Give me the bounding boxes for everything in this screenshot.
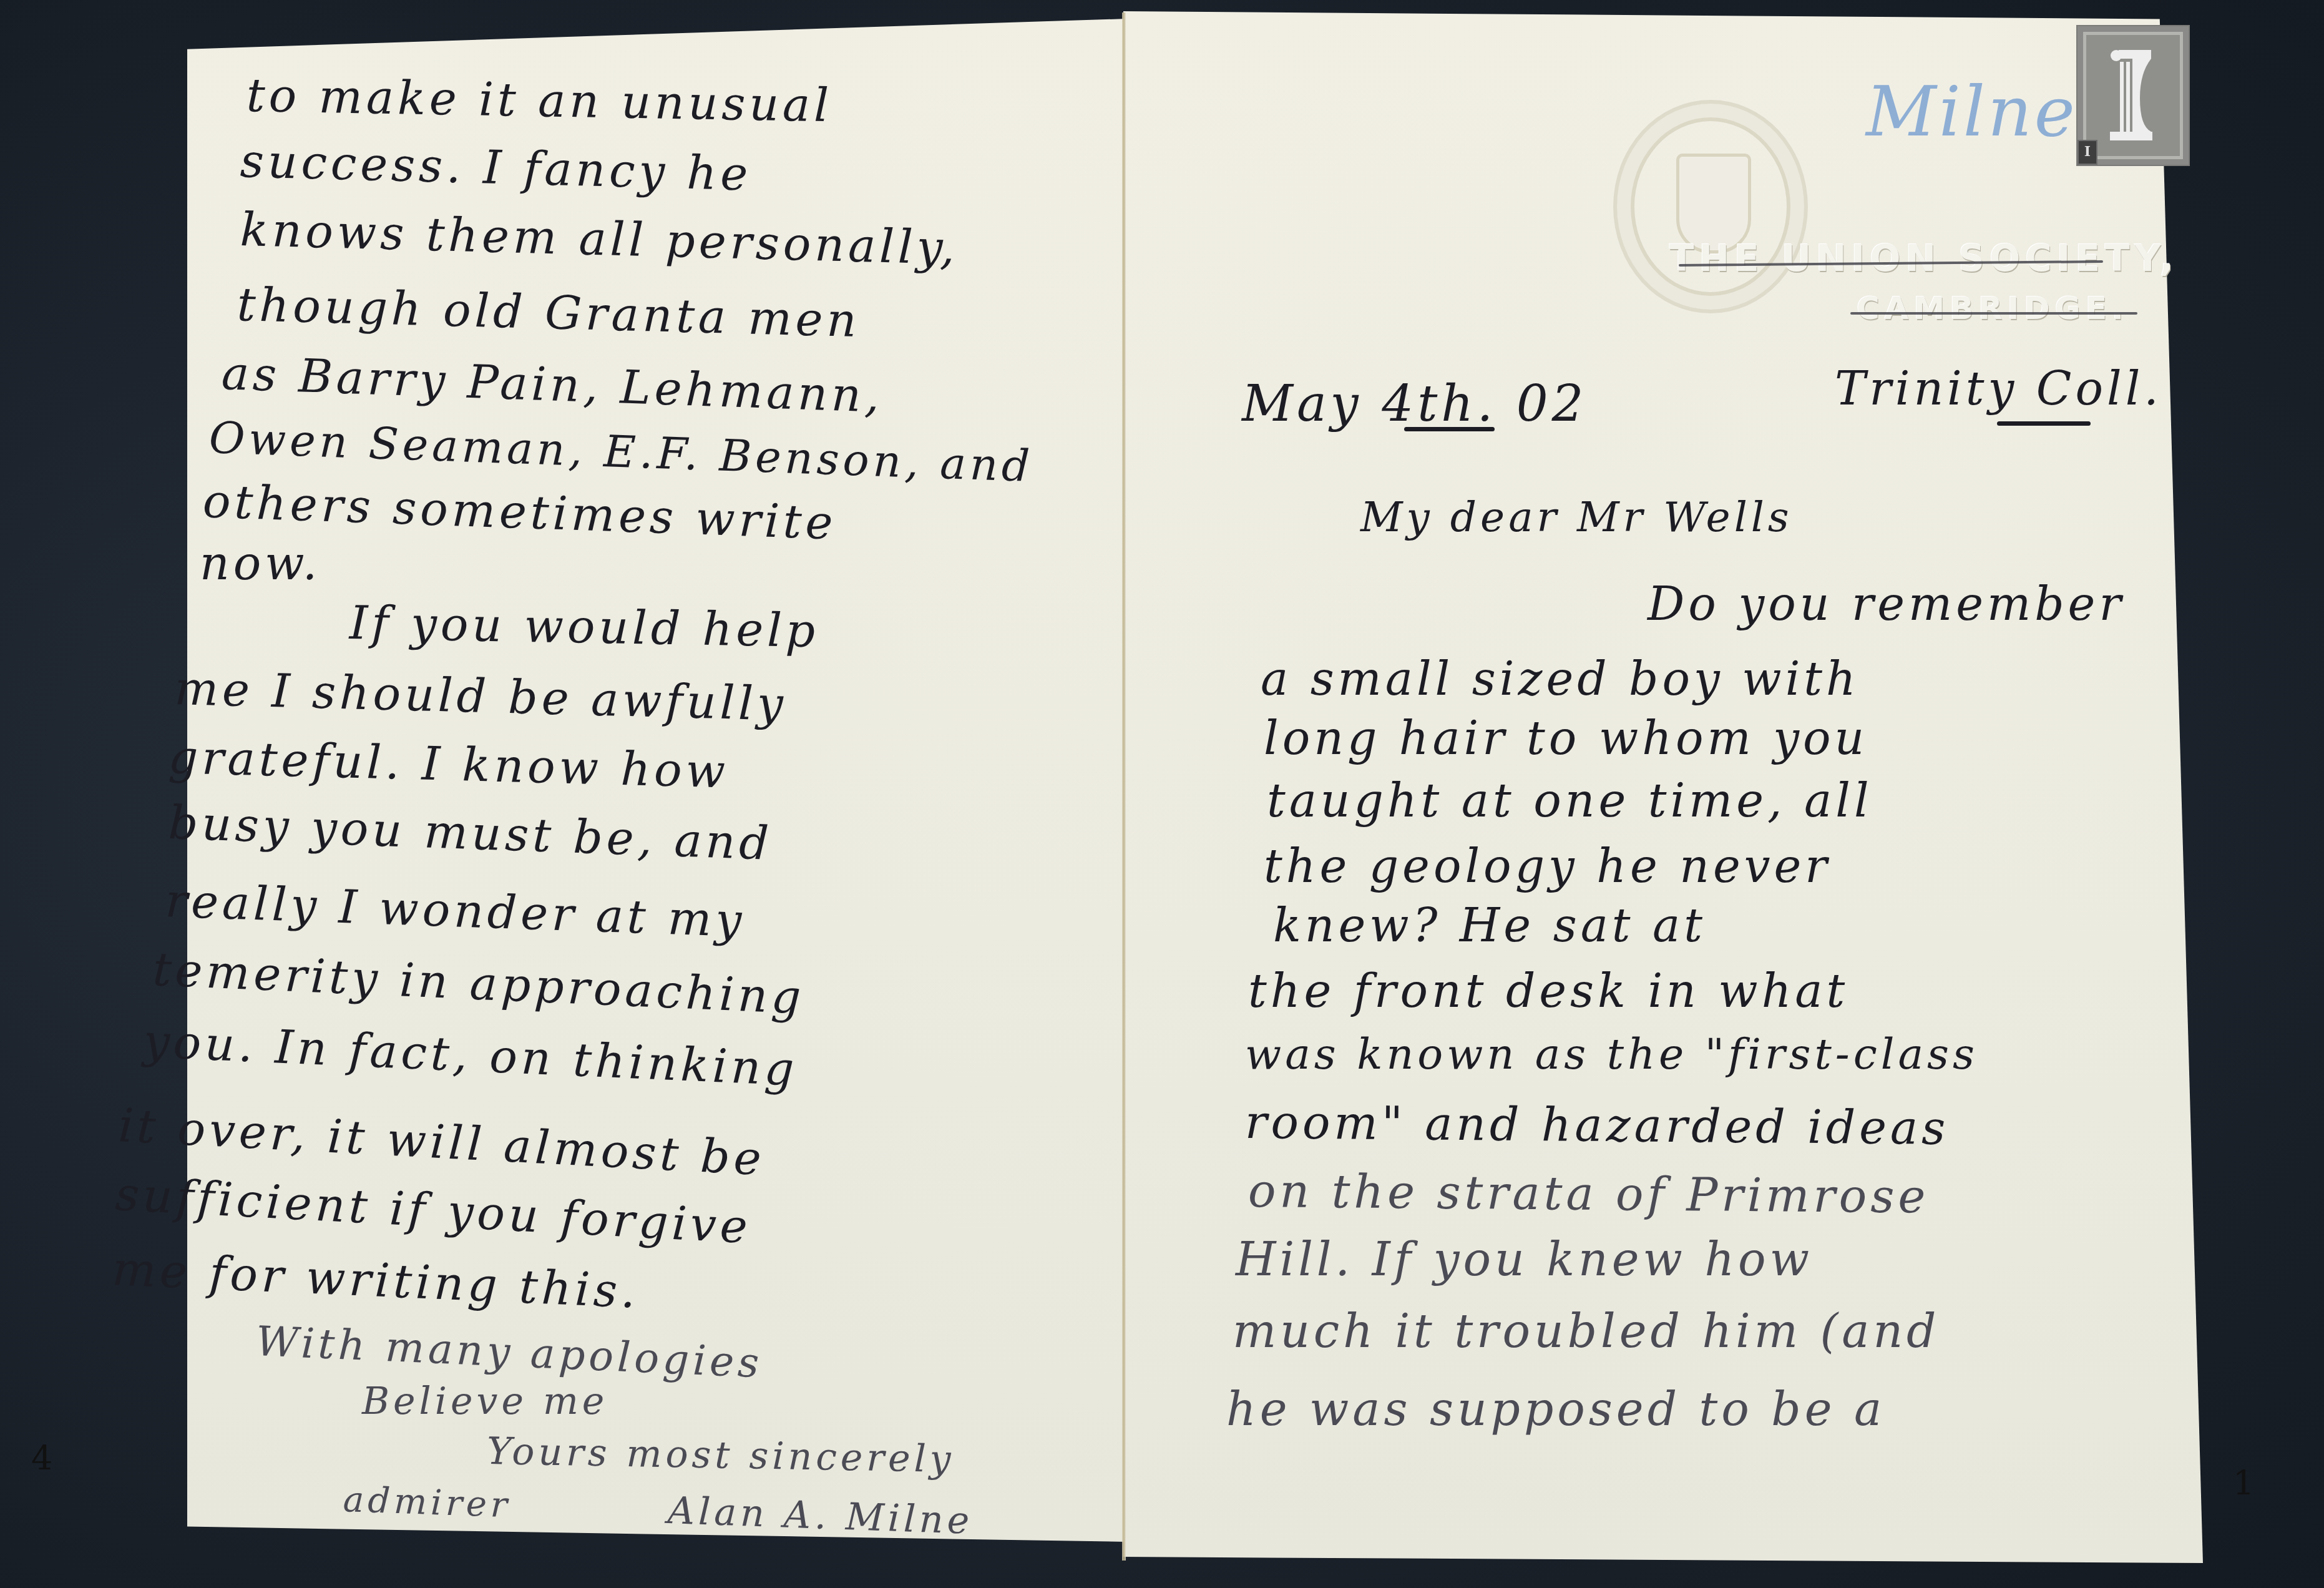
page-number-left: 4 [31,1439,52,1478]
closing-line: Yours most sincerely [486,1429,955,1481]
handwritten-line: long hair to whom you [1264,712,1868,765]
logo-mini-icon: I [2077,140,2097,165]
handwritten-line: on the strata of Primrose [1248,1164,1930,1224]
handwritten-line: now. [200,537,321,591]
library-logo-badge[interactable]: I [2076,25,2190,166]
handwritten-line: room" and hazarded ideas [1245,1095,1950,1155]
page-number-right: 1 [2233,1464,2254,1503]
handwritten-line: taught at one time, all [1267,774,1873,828]
letter-address: Trinity Coll. [1835,362,2162,416]
handwritten-line: knew? He sat at [1273,899,1706,953]
letterhead-city: CAMBRIDGE. [1857,290,2129,326]
handwritten-line: much it troubled him (and [1233,1305,1940,1358]
page-fold-crease [1122,12,1126,1561]
handwritten-line: the front desk in what [1248,964,1848,1018]
archive-annotation: Milne [1866,72,2077,152]
salutation: My dear Mr Wells [1360,493,1793,541]
closing-line: Believe me [362,1380,608,1423]
handwritten-line: the geology he never [1264,840,1831,893]
handwritten-line: to make it an unusual [246,69,832,132]
handwritten-line: was known as the "first-class [1245,1030,1978,1079]
embossed-crest-seal [1613,100,1808,313]
letterhead-society: THE UNION SOCIETY, [1669,237,2179,280]
handwritten-line: Do you remember [1648,577,2125,631]
closing-line: admirer [343,1479,512,1526]
address-underline [1997,421,2091,426]
date-underline [1404,427,1495,431]
handwritten-line: he was supposed to be a [1226,1383,1885,1436]
handwritten-line: If you would help [349,596,819,658]
handwritten-line: a small sized boy with [1261,652,1860,706]
handwritten-line: Hill. If you knew how [1236,1233,1813,1287]
letter-date: May 4th. 02 [1242,375,1587,433]
ionic-column-icon [2110,48,2154,142]
strike-through-line [1850,312,2137,315]
